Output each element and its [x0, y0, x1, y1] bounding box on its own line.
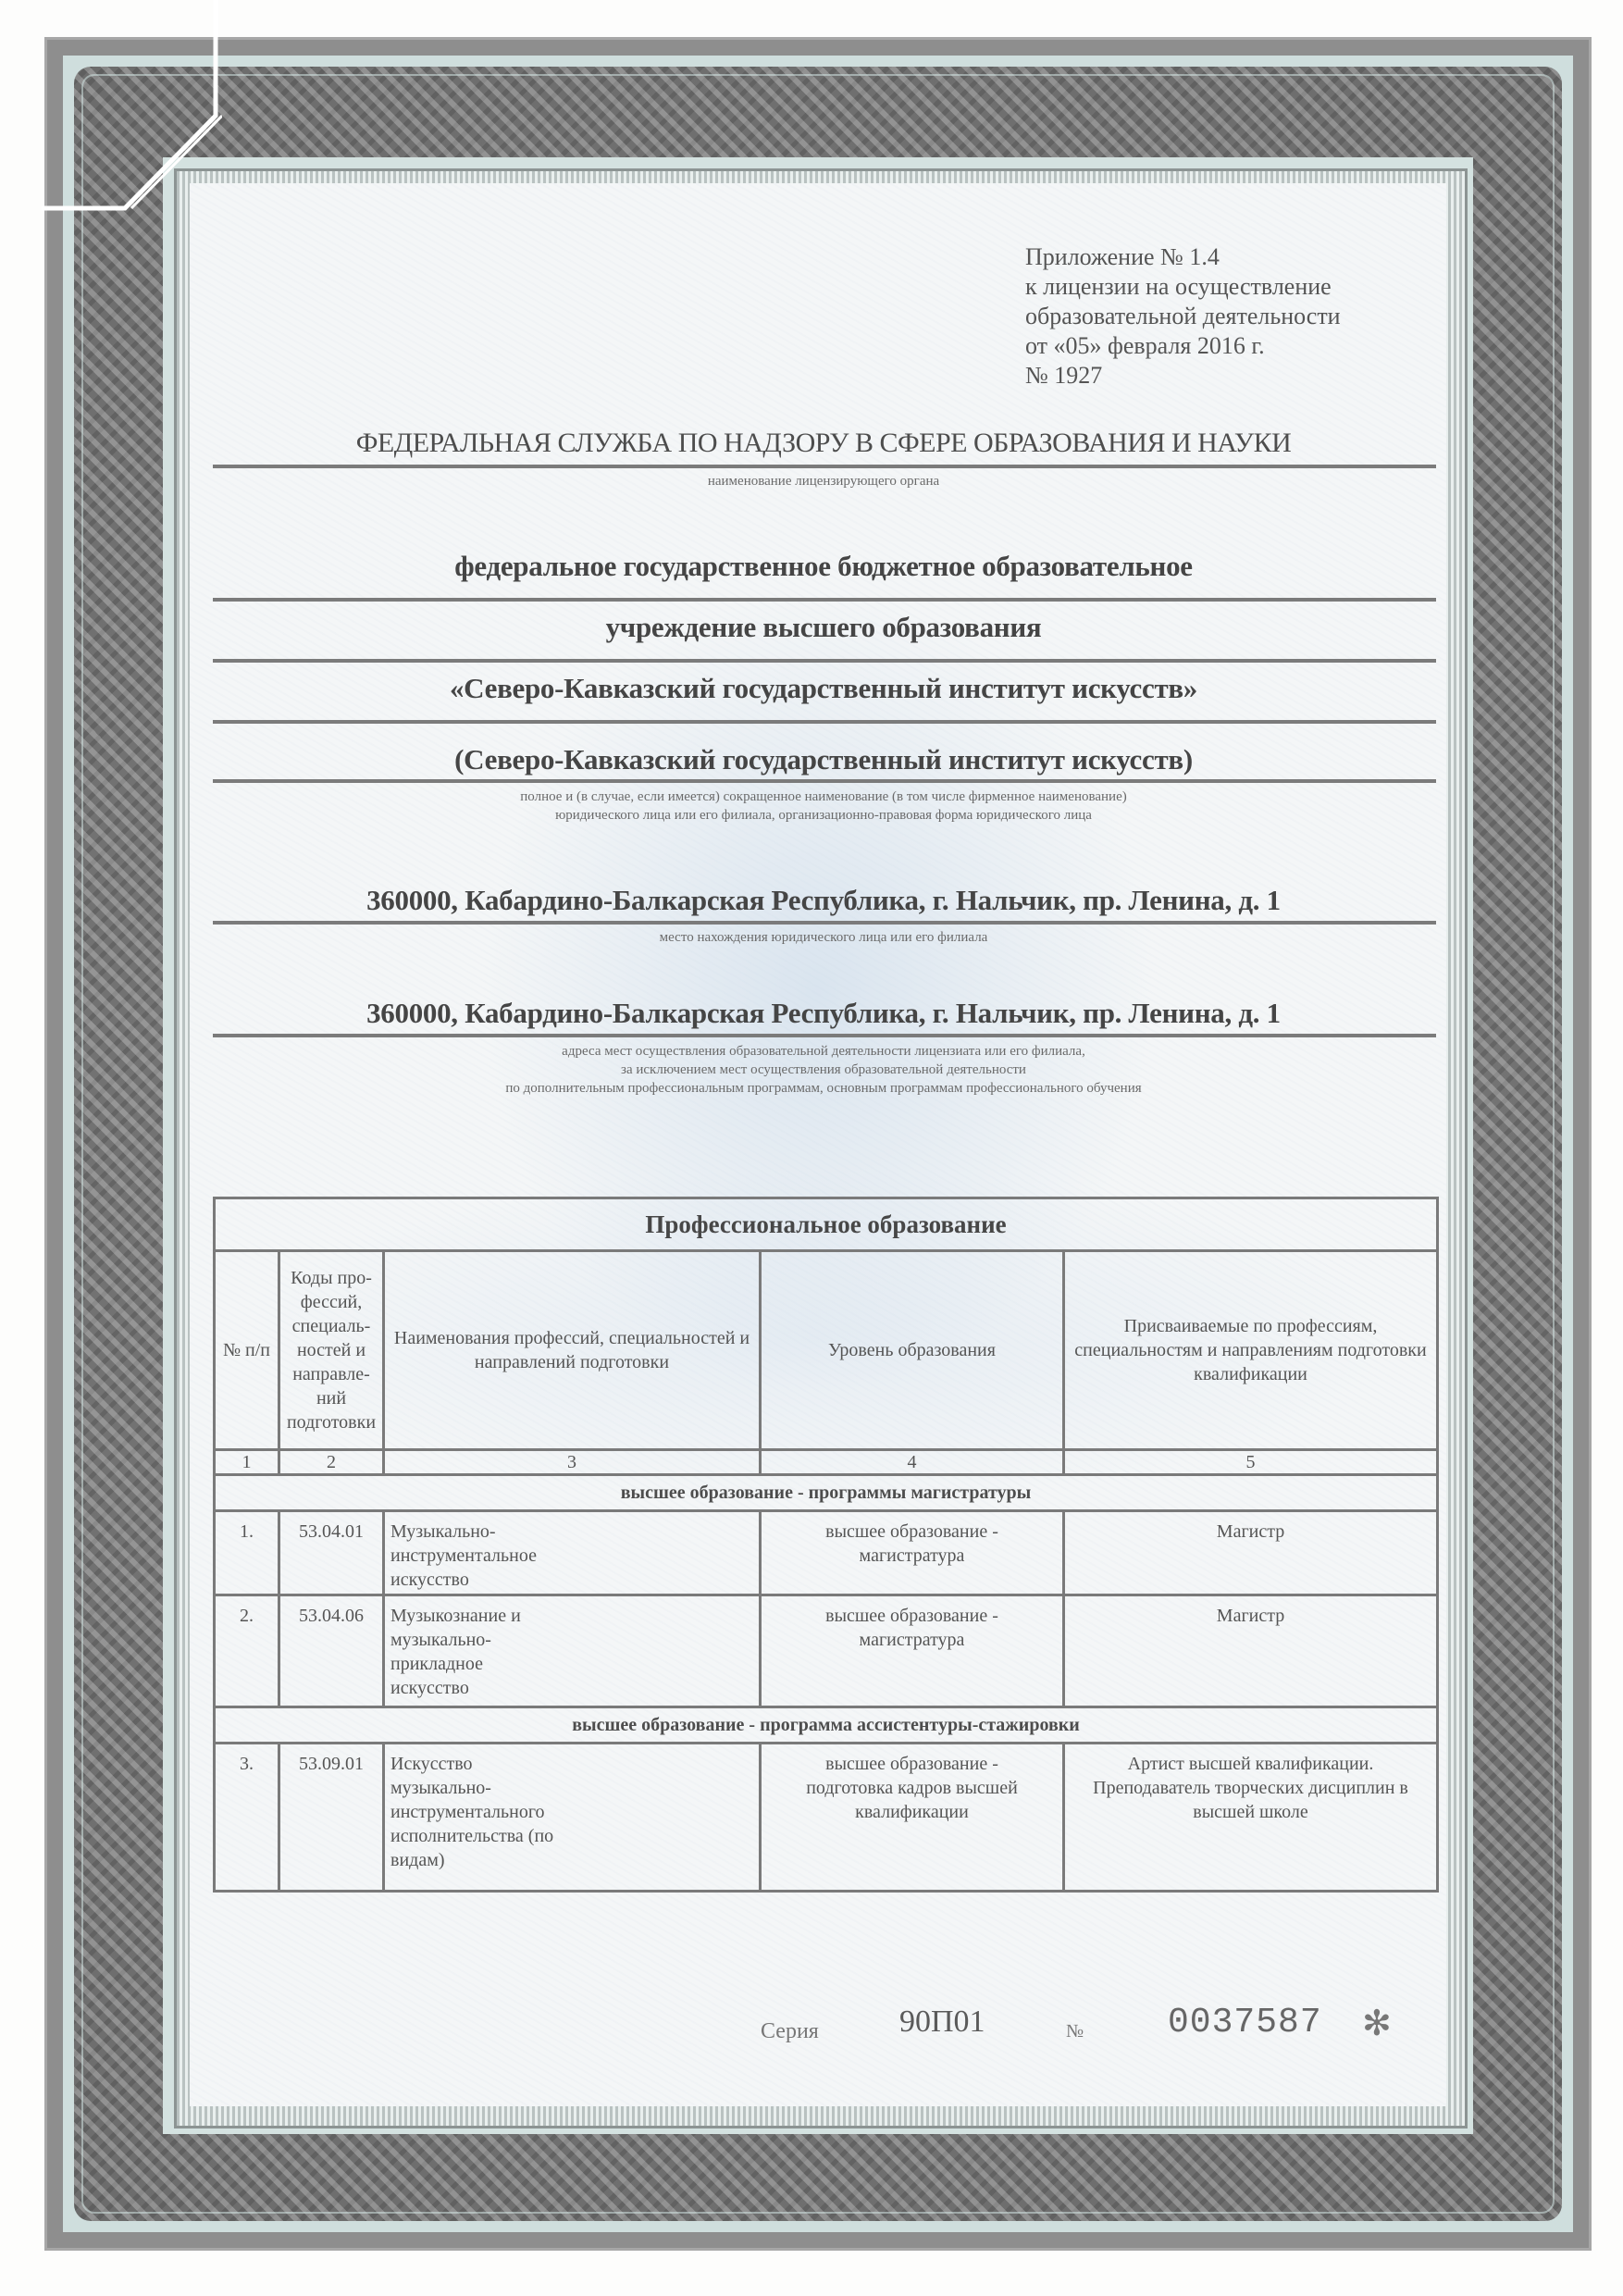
organization-name-line-1: федеральное государственное бюджетное об…: [213, 550, 1434, 583]
column-header: Коды про-фессий, специаль-ностей и напра…: [279, 1251, 384, 1450]
column-number: 3: [384, 1450, 761, 1475]
field-underline: [213, 465, 1436, 468]
column-number: 2: [279, 1450, 384, 1475]
series-label: Серия: [761, 2019, 819, 2044]
education-level: высшее образование - магистратура: [761, 1595, 1064, 1707]
program-name: Музыкально-инструментальное искусство: [384, 1511, 761, 1595]
caption-line: полное и (в случае, если имеется) сокращ…: [213, 788, 1434, 806]
blank-number: 0037587: [1168, 2003, 1322, 2042]
license-number: № 1927: [1025, 361, 1414, 391]
column-header: Наименования профессий, специальностей и…: [384, 1251, 761, 1450]
row-number: 2.: [215, 1595, 279, 1707]
legal-address-caption: место нахождения юридического лица или е…: [213, 928, 1434, 947]
authority-caption: наименование лицензирующего органа: [213, 472, 1434, 490]
licensing-authority: ФЕДЕРАЛЬНАЯ СЛУЖБА ПО НАДЗОРУ В СФЕРЕ ОБ…: [213, 428, 1434, 459]
caption-line: адреса мест осуществления образовательно…: [213, 1042, 1434, 1061]
table-row: 1. 53.04.01 Музыкально-инструментальное …: [215, 1511, 1438, 1595]
qualification: Магистр: [1064, 1595, 1438, 1707]
program-name: Искусство музыкально-инструментального и…: [384, 1744, 761, 1892]
row-number: 1.: [215, 1511, 279, 1595]
column-number: 4: [761, 1450, 1064, 1475]
organization-short-name: (Северо-Кавказский государственный инсти…: [213, 743, 1434, 776]
legal-address: 360000, Кабардино-Балкарская Республика,…: [213, 884, 1434, 917]
caption-line: по дополнительным профессиональным прогр…: [213, 1079, 1434, 1098]
qualification: Артист высшей квалификации. Преподавател…: [1064, 1744, 1438, 1892]
series-value: 90П01: [899, 2004, 985, 2040]
column-header: Присваиваемые по профессиям, специальнос…: [1064, 1251, 1438, 1450]
column-number-row: 1 2 3 4 5: [215, 1450, 1438, 1475]
caption-line: за исключением мест осуществления образо…: [213, 1061, 1434, 1079]
field-underline: [213, 921, 1436, 925]
column-number: 1: [215, 1450, 279, 1475]
field-underline: [213, 779, 1436, 783]
column-header: Уровень образования: [761, 1251, 1064, 1450]
activity-address: 360000, Кабардино-Балкарская Республика,…: [213, 997, 1434, 1030]
table-title: Профессиональное образование: [215, 1198, 1438, 1251]
field-underline: [213, 598, 1436, 602]
appendix-line: к лицензии на осуществление: [1025, 272, 1414, 302]
qualification: Магистр: [1064, 1511, 1438, 1595]
blank-series-number: Серия 90П01 № 0037587 ✻: [761, 1999, 1408, 2054]
program-code: 53.09.01: [279, 1744, 384, 1892]
table-header-row: № п/п Коды про-фессий, специаль-ностей и…: [215, 1251, 1438, 1450]
activity-address-caption: адреса мест осуществления образовательно…: [213, 1042, 1434, 1098]
organization-caption: полное и (в случае, если имеется) сокращ…: [213, 788, 1434, 825]
field-underline: [213, 1034, 1436, 1037]
column-number: 5: [1064, 1450, 1438, 1475]
table-row: 3. 53.09.01 Искусство музыкально-инструм…: [215, 1744, 1438, 1892]
education-level: высшее образование - подготовка кадров в…: [761, 1744, 1064, 1892]
asterisk-mark-icon: ✻: [1362, 2003, 1392, 2044]
field-underline: [213, 720, 1436, 724]
appendix-line: образовательной деятельности: [1025, 302, 1414, 331]
organization-name-line-3: «Северо-Кавказский государственный инсти…: [213, 672, 1434, 705]
education-level: высшее образование - магистратура: [761, 1511, 1064, 1595]
appendix-header: Приложение № 1.4 к лицензии на осуществл…: [1025, 242, 1414, 391]
appendix-date: от «05» февраля 2016 г.: [1025, 331, 1414, 361]
appendix-number: Приложение № 1.4: [1025, 242, 1414, 272]
column-header: № п/п: [215, 1251, 279, 1450]
section-header: высшее образование - программа ассистент…: [215, 1707, 1438, 1744]
number-label: №: [1066, 2021, 1084, 2042]
section-header: высшее образование - программы магистрат…: [215, 1475, 1438, 1511]
table-row: 2. 53.04.06 Музыкознание и музыкально-пр…: [215, 1595, 1438, 1707]
program-code: 53.04.01: [279, 1511, 384, 1595]
organization-name-line-2: учреждение высшего образования: [213, 611, 1434, 644]
program-name: Музыкознание и музыкально-прикладное иск…: [384, 1595, 761, 1707]
row-number: 3.: [215, 1744, 279, 1892]
program-code: 53.04.06: [279, 1595, 384, 1707]
field-underline: [213, 659, 1436, 663]
education-programs-table: Профессиональное образование № п/п Коды …: [213, 1197, 1439, 1893]
caption-line: юридического лица или его филиала, орган…: [213, 806, 1434, 825]
